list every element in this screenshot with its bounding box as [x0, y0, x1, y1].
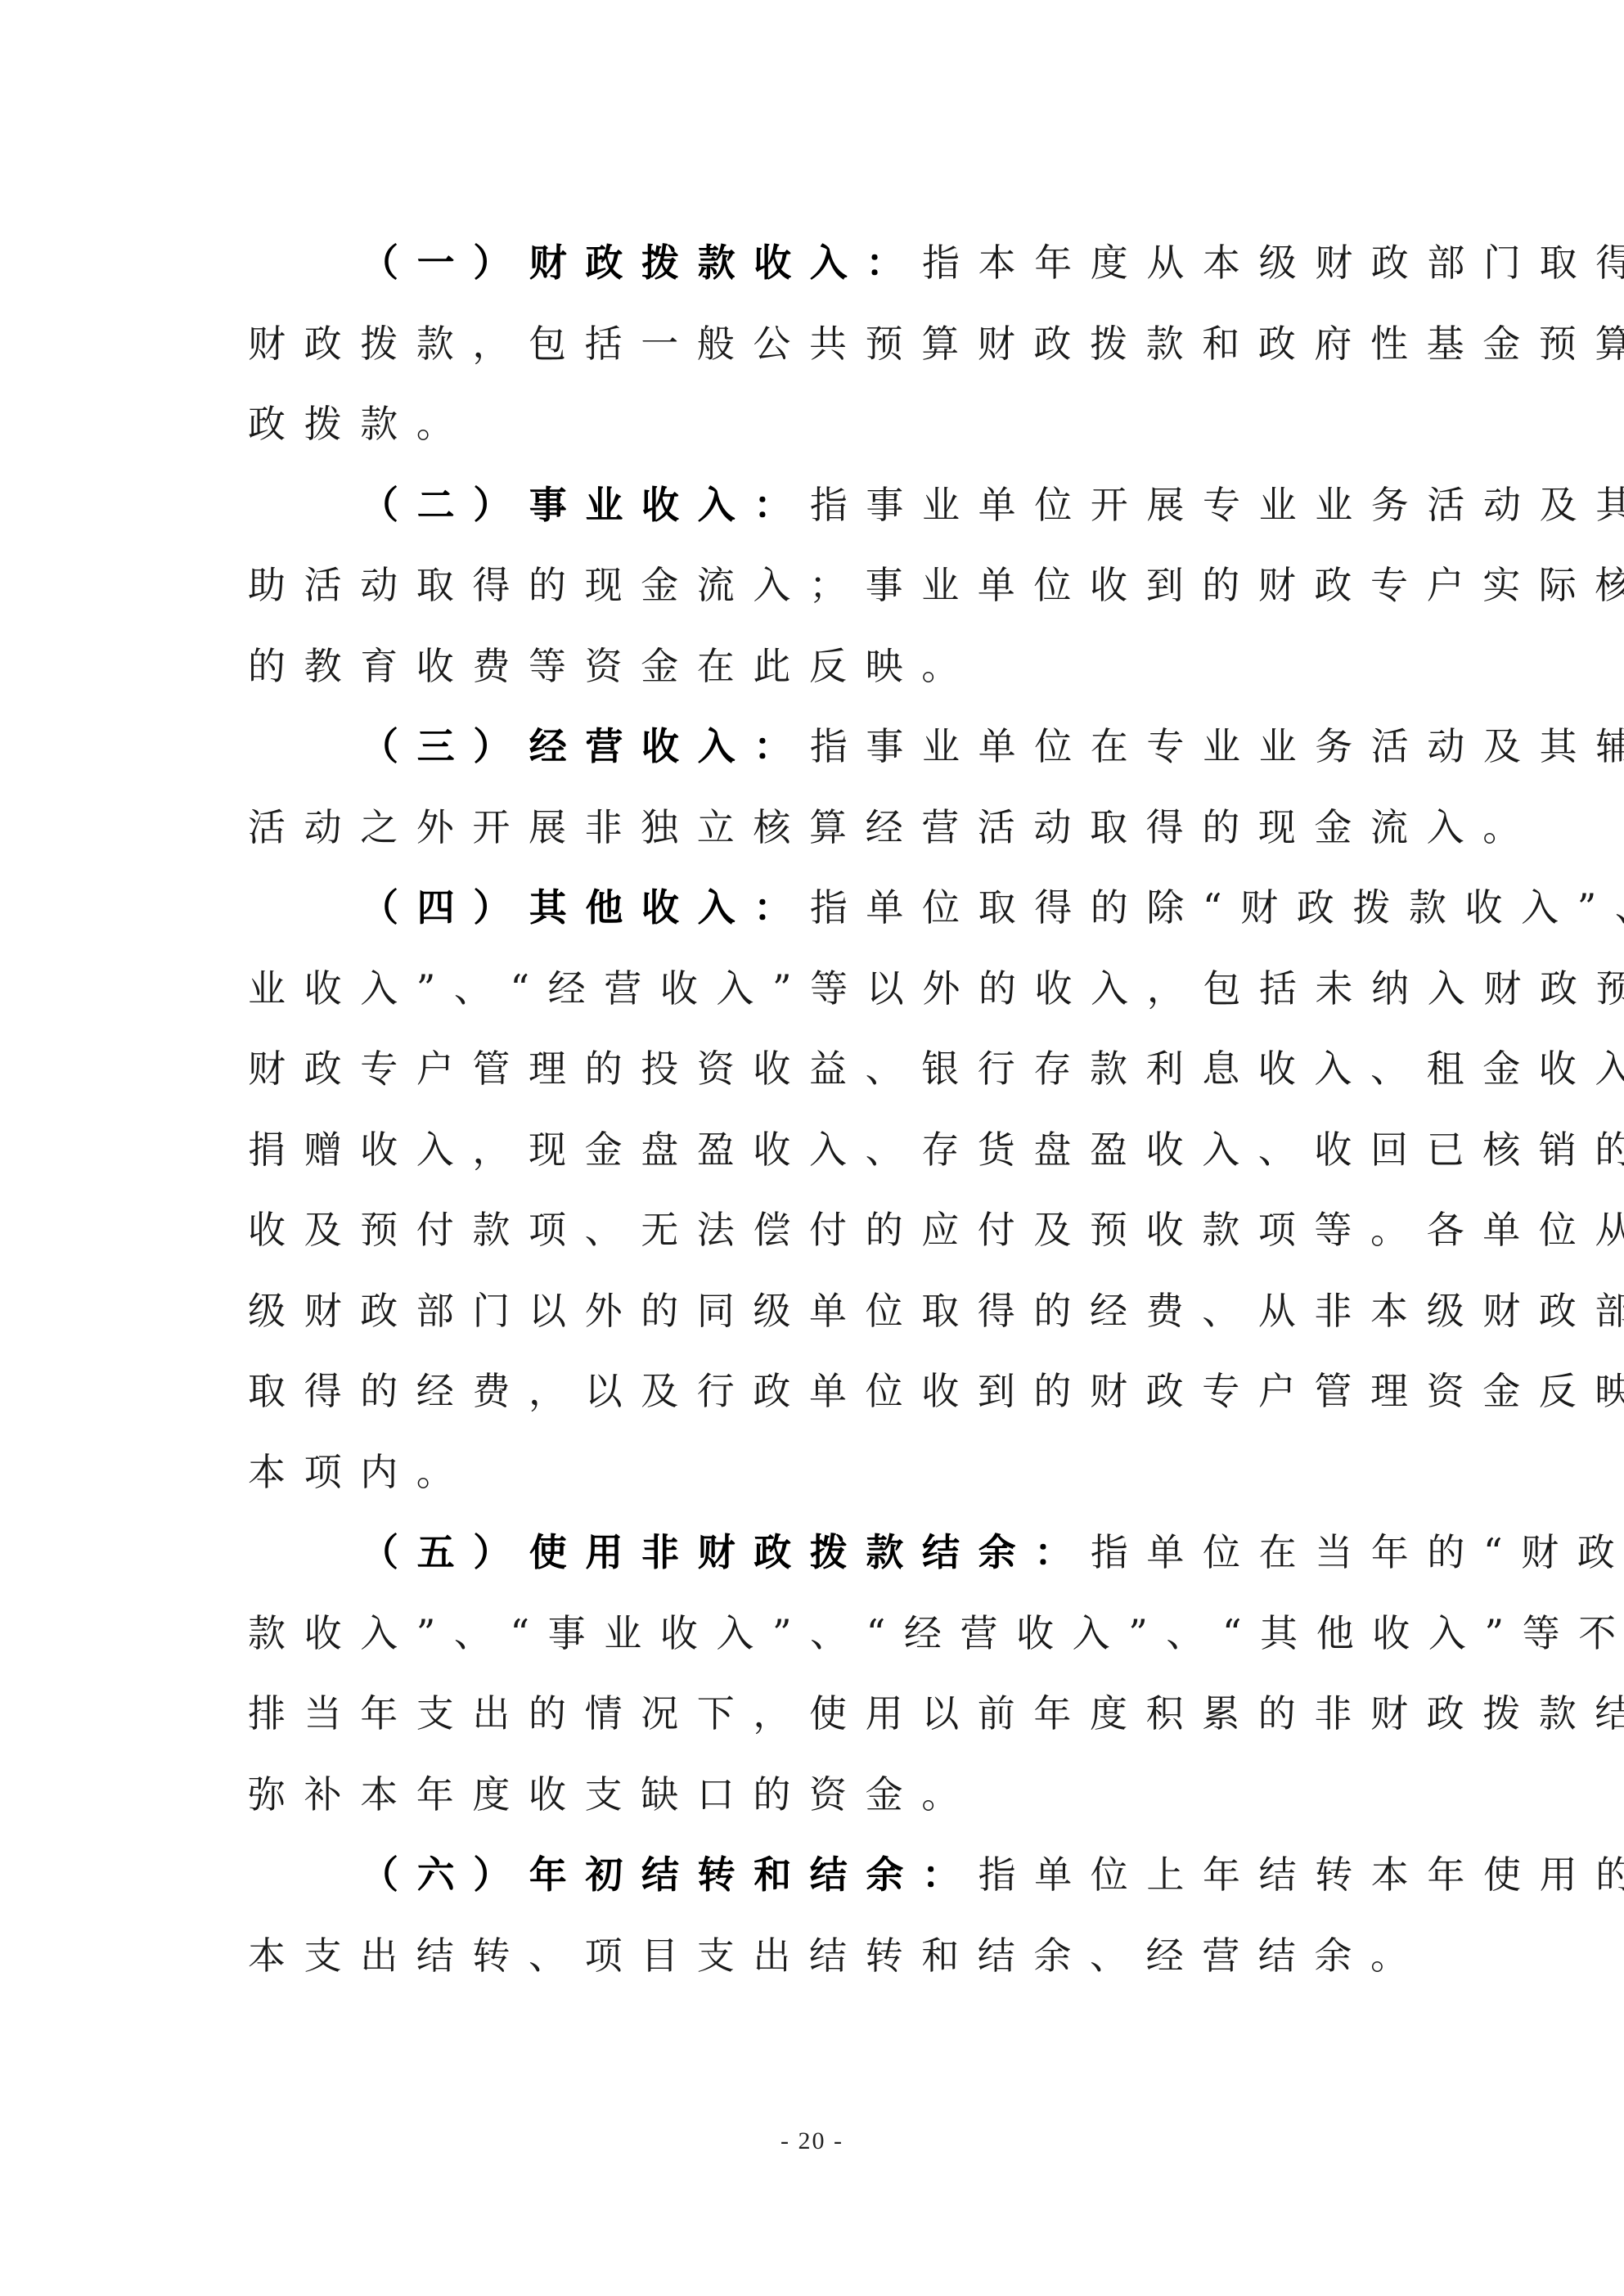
document-body: （一）财政拨款收入：指本年度从本级财政部门取得的 财政拨款，包括一般公共预算财政…: [248, 223, 1393, 1996]
paragraph-heading: （一）财政拨款收入：: [361, 241, 922, 285]
paragraph-line: 级财政部门以外的同级单位取得的经费、从非本级财政部门: [248, 1271, 1393, 1352]
paragraph-line: 财政拨款，包括一般公共预算财政拨款和政府性基金预算财: [248, 304, 1393, 385]
paragraph-first-line: （一）财政拨款收入：指本年度从本级财政部门取得的: [248, 223, 1393, 304]
paragraph-fiscal-appropriation-income: （一）财政拨款收入：指本年度从本级财政部门取得的 财政拨款，包括一般公共预算财政…: [248, 223, 1393, 465]
paragraph-text: 指单位上年结转本年使用的基: [978, 1853, 1624, 1897]
paragraph-heading: （四）其他收入：: [361, 885, 810, 930]
paragraph-line: 捐赠收入，现金盘盈收入、存货盘盈收入、收回已核销的应: [248, 1110, 1393, 1191]
paragraph-other-income: （四）其他收入：指单位取得的除“财政拨款收入”、“事 业收入”、“经营收入”等以…: [248, 867, 1393, 1512]
paragraph-line: 活动之外开展非独立核算经营活动取得的现金流入。: [248, 787, 1393, 868]
paragraph-first-line: （四）其他收入：指单位取得的除“财政拨款收入”、“事: [248, 867, 1393, 948]
paragraph-text: 指事业单位开展专业业务活动及其辅: [810, 483, 1624, 527]
paragraph-text: 指事业单位在专业业务活动及其辅助: [810, 724, 1624, 768]
paragraph-operating-income: （三）经营收入：指事业单位在专业业务活动及其辅助 活动之外开展非独立核算经营活动…: [248, 706, 1393, 867]
document-page: （一）财政拨款收入：指本年度从本级财政部门取得的 财政拨款，包括一般公共预算财政…: [0, 0, 1624, 2296]
paragraph-line: 弥补本年度收支缺口的资金。: [248, 1754, 1393, 1835]
paragraph-line: 本支出结转、项目支出结转和结余、经营结余。: [248, 1916, 1393, 1997]
paragraph-line: 取得的经费，以及行政单位收到的财政专户管理资金反映在: [248, 1351, 1393, 1432]
paragraph-line: 款收入”、“事业收入”、“经营收入”、“其他收入”等不足以安: [248, 1593, 1393, 1674]
paragraph-line: 的教育收费等资金在此反映。: [248, 626, 1393, 707]
paragraph-first-line: （六）年初结转和结余：指单位上年结转本年使用的基: [248, 1835, 1393, 1916]
paragraph-text: 指单位在当年的“财政拨: [1091, 1530, 1624, 1574]
paragraph-line: 本项内。: [248, 1432, 1393, 1513]
paragraph-first-line: （五）使用非财政拨款结余：指单位在当年的“财政拨: [248, 1512, 1393, 1593]
paragraph-carryover-and-surplus: （六）年初结转和结余：指单位上年结转本年使用的基 本支出结转、项目支出结转和结余…: [248, 1835, 1393, 1996]
paragraph-heading: （五）使用非财政拨款结余：: [361, 1530, 1091, 1574]
paragraph-business-income: （二）事业收入：指事业单位开展专业业务活动及其辅 助活动取得的现金流入；事业单位…: [248, 465, 1393, 707]
paragraph-heading: （二）事业收入：: [361, 483, 810, 527]
page-number: - 20 -: [0, 2127, 1624, 2155]
paragraph-line: 业收入”、“经营收入”等以外的收入，包括未纳入财政预算或: [248, 948, 1393, 1029]
paragraph-line: 助活动取得的现金流入；事业单位收到的财政专户实际核拨: [248, 545, 1393, 626]
paragraph-first-line: （三）经营收入：指事业单位在专业业务活动及其辅助: [248, 706, 1393, 787]
paragraph-heading: （六）年初结转和结余：: [361, 1853, 978, 1897]
paragraph-line: 收及预付款项、无法偿付的应付及预收款项等。各单位从本: [248, 1190, 1393, 1271]
paragraph-text: 指本年度从本级财政部门取得的: [922, 241, 1624, 285]
paragraph-first-line: （二）事业收入：指事业单位开展专业业务活动及其辅: [248, 465, 1393, 546]
paragraph-non-fiscal-surplus-usage: （五）使用非财政拨款结余：指单位在当年的“财政拨 款收入”、“事业收入”、“经营…: [248, 1512, 1393, 1835]
paragraph-line: 财政专户管理的投资收益、银行存款利息收入、租金收入、: [248, 1029, 1393, 1110]
paragraph-line: 政拨款。: [248, 384, 1393, 465]
paragraph-line: 排当年支出的情况下，使用以前年度积累的非财政拨款结余: [248, 1673, 1393, 1754]
paragraph-text: 指单位取得的除“财政拨款收入”、“事: [810, 885, 1624, 930]
paragraph-heading: （三）经营收入：: [361, 724, 810, 768]
